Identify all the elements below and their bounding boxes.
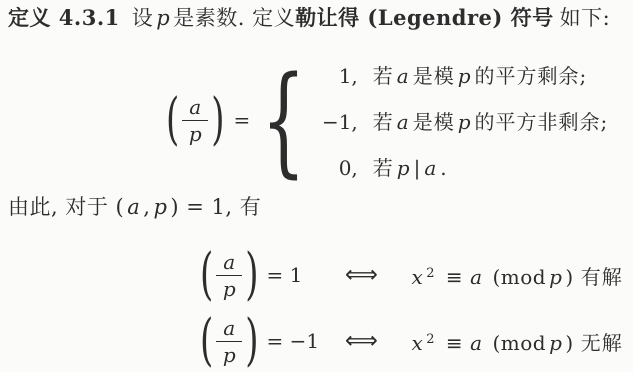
- context-text-pre: 由此, 对于 (: [8, 195, 124, 219]
- fraction-denominator: p: [223, 276, 236, 300]
- context-sentence: 由此, 对于 (a,p) = 1, 有: [8, 192, 261, 222]
- exponent: 2: [426, 332, 435, 347]
- variable-p: p: [394, 156, 414, 180]
- case-condition: 若a是模p的平方非剩余;: [373, 106, 609, 135]
- legendre-symbol-fraction: ( a p ): [166, 96, 224, 145]
- definition-number: 定义 4.3.1: [8, 5, 120, 30]
- variable-a: a: [124, 195, 143, 219]
- variable-a: a: [394, 110, 413, 134]
- case-value: 1,: [318, 64, 358, 88]
- fraction-numerator: a: [182, 96, 208, 121]
- congruent-sign: ≡: [442, 265, 467, 289]
- cases-brace: {: [261, 61, 306, 180]
- equivalence-row-unsolvable: ( a p ) = −1 ⟺ x2 ≡a (modp)无解: [200, 309, 623, 372]
- context-text-post: ) = 1, 有: [170, 195, 261, 219]
- mod-open: (mod: [492, 331, 546, 355]
- equation-value: = 1: [266, 263, 340, 287]
- solvability-label: 有解: [581, 265, 623, 289]
- case-row-3: 0, 若p|a.: [318, 152, 609, 181]
- right-paren: ): [211, 92, 224, 148]
- fraction-numerator: a: [216, 317, 242, 342]
- solvability-label: 无解: [581, 331, 623, 355]
- variable-a: a: [467, 265, 485, 289]
- legendre-symbol-fraction: ( a p ): [200, 317, 258, 366]
- case-value: −1,: [318, 110, 358, 134]
- case-row-1: 1, 若a是模p的平方剩余;: [318, 60, 609, 89]
- textbook-page: { "colors": { "text": "#2d2d2d", "backgr…: [0, 0, 633, 372]
- exponent: 2: [426, 266, 435, 281]
- variable-x: x: [408, 265, 426, 289]
- variable-p: p: [153, 6, 173, 30]
- iff-arrow: ⟺: [340, 328, 382, 354]
- right-paren: ): [245, 313, 258, 369]
- variable-p: p: [455, 110, 475, 134]
- case-condition: 若a是模p的平方剩余;: [373, 60, 588, 89]
- mod-close: ): [565, 265, 573, 289]
- legendre-symbol-fraction: ( a p ): [200, 251, 258, 300]
- fraction-denominator: p: [223, 342, 236, 366]
- definition-heading: 定义 4.3.1设p是素数. 定义勒让得 (Legendre) 符号如下:: [8, 3, 610, 33]
- heading-text-2: 是素数. 定义: [173, 6, 295, 30]
- fraction-denominator: p: [189, 121, 202, 145]
- variable-p: p: [150, 195, 170, 219]
- congruence-statement: x2 ≡a (modp)无解: [408, 327, 622, 356]
- congruent-sign: ≡: [442, 331, 467, 355]
- cases-list: 1, 若a是模p的平方剩余; −1, 若a是模p的平方非剩余; 0, 若p|a.: [318, 60, 609, 181]
- congruence-statement: x2 ≡a (modp)有解: [408, 261, 622, 290]
- case-value: 0,: [318, 156, 358, 180]
- variable-p: p: [546, 331, 565, 355]
- heading-text-1: 设: [132, 6, 154, 30]
- variable-p: p: [455, 64, 475, 88]
- iff-arrow: ⟺: [340, 262, 382, 288]
- variable-a: a: [394, 64, 413, 88]
- legendre-term: 勒让得 (Legendre) 符号: [295, 5, 554, 30]
- right-paren: ): [245, 247, 258, 303]
- left-paren: (: [166, 92, 179, 148]
- equation-value: = −1: [266, 329, 340, 353]
- heading-text-3: 如下:: [560, 6, 611, 30]
- equivalence-row-solvable: ( a p ) = 1 ⟺ x2 ≡a (modp)有解: [200, 243, 623, 307]
- fraction-numerator: a: [216, 251, 242, 276]
- mod-close: ): [565, 331, 573, 355]
- equals-sign: =: [233, 108, 250, 132]
- case-row-2: −1, 若a是模p的平方非剩余;: [318, 106, 609, 135]
- variable-a: a: [467, 331, 485, 355]
- left-paren: (: [200, 313, 213, 369]
- legendre-piecewise-equation: ( a p ) = { 1, 若a是模p的平方剩余; −1, 若a是模p的平方非…: [166, 56, 608, 184]
- mod-open: (mod: [492, 265, 546, 289]
- left-paren: (: [200, 247, 213, 303]
- variable-a: a: [421, 156, 440, 180]
- variable-x: x: [408, 331, 426, 355]
- variable-p: p: [546, 265, 565, 289]
- case-condition: 若p|a.: [373, 152, 448, 181]
